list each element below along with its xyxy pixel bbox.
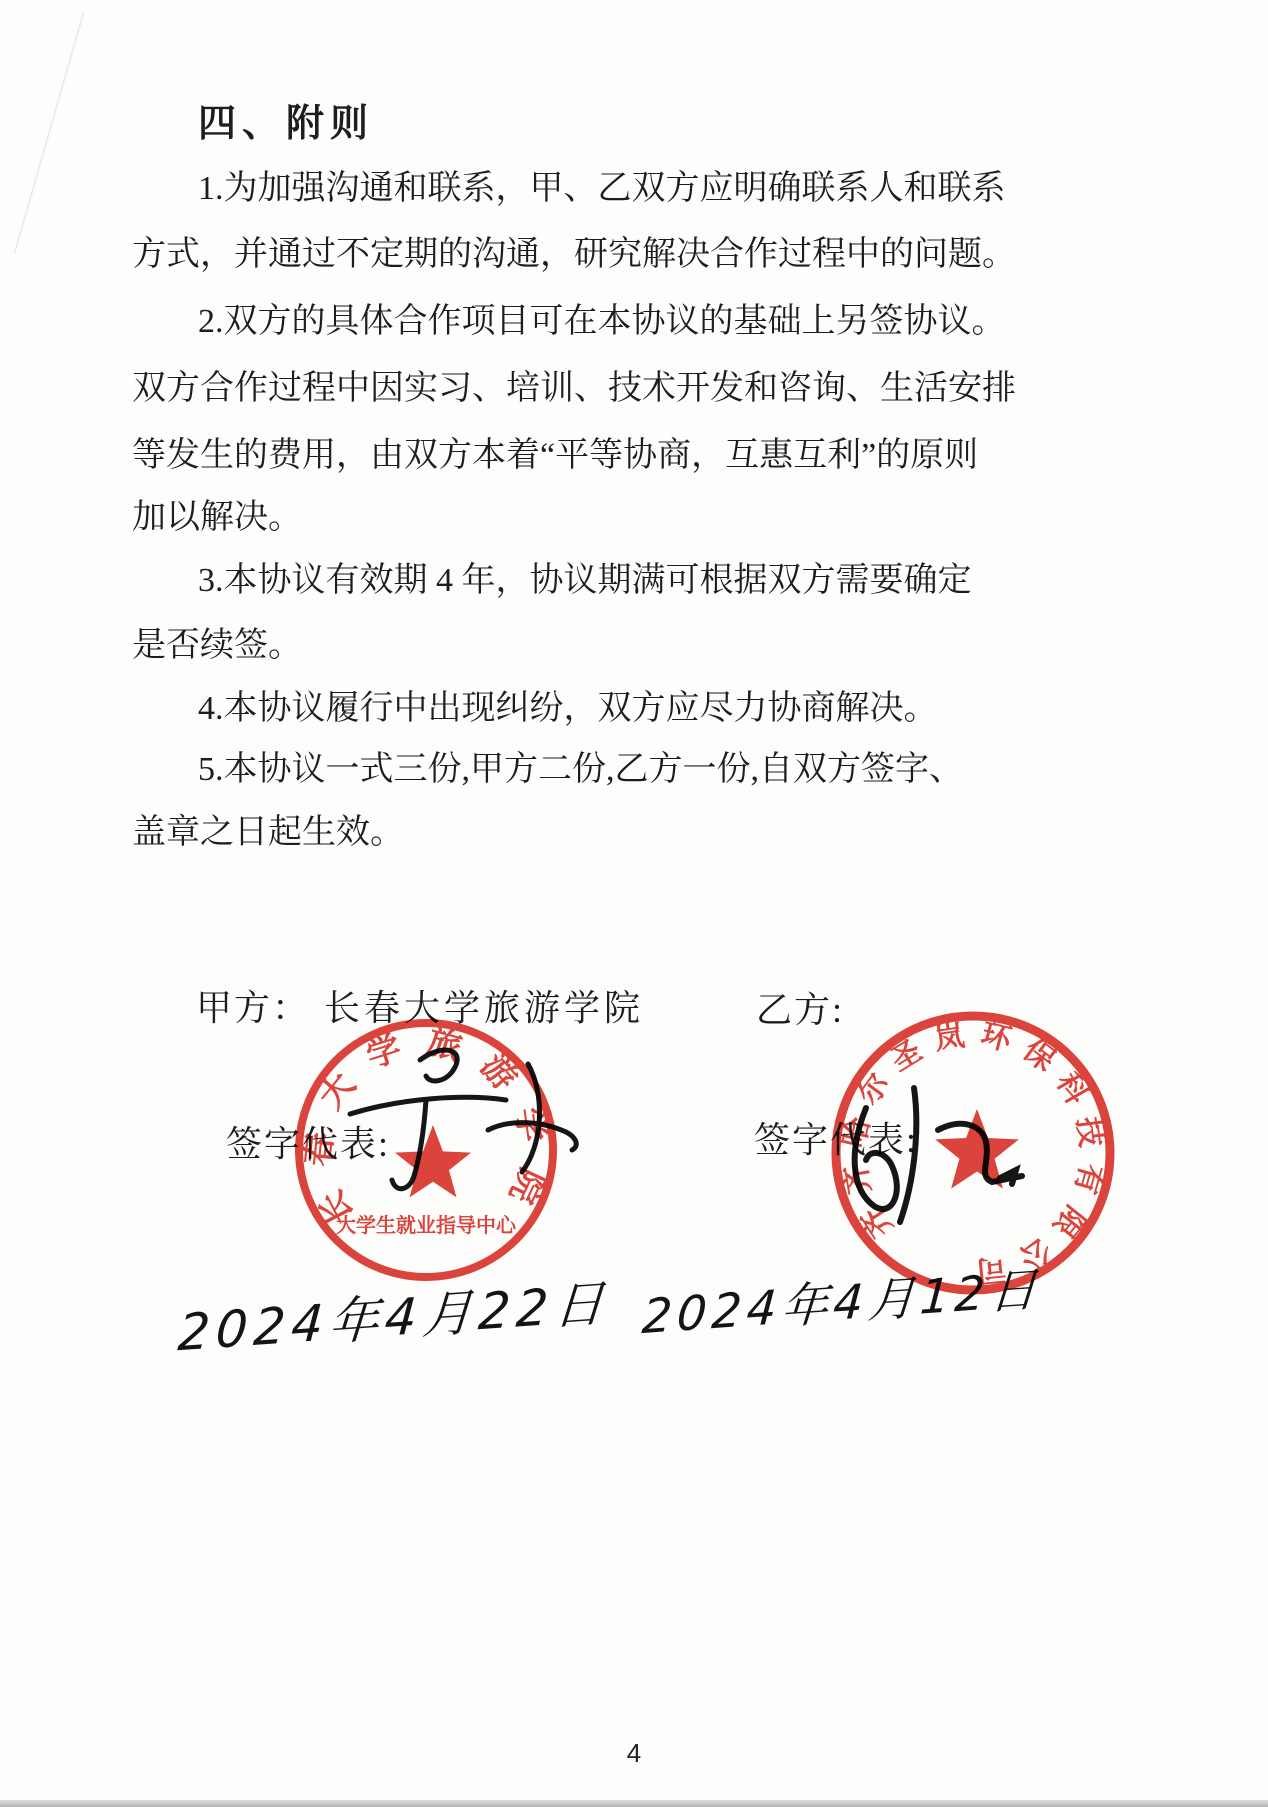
party-a-date-handwritten: 2024年4月22日 xyxy=(176,1263,613,1366)
document-page: 四、附则 1.为加强沟通和联系，甲、乙双方应明确联系人和联系 方式，并通过不定期… xyxy=(0,0,1268,1807)
party-b-signature-handwriting xyxy=(840,1072,1050,1232)
body-line: 方式，并通过不定期的沟通，研究解决合作过程中的问题。 xyxy=(132,226,1016,275)
body-line: 盖章之日起生效。 xyxy=(132,804,404,853)
party-a-signature-handwriting xyxy=(292,1038,602,1208)
body-line: 2.双方的具体合作项目可在本协议的基础上另签协议。 xyxy=(198,293,1006,342)
body-line: 等发生的费用，由双方本着“平等协商，互惠互利”的原则 xyxy=(132,427,978,476)
body-line: 加以解决。 xyxy=(132,489,302,538)
body-line: 3.本协议有效期 4 年，协议期满可根据双方需要确定 xyxy=(198,552,972,601)
scan-edge-artifact xyxy=(0,1800,1268,1807)
page-number: 4 xyxy=(0,1738,1268,1769)
body-line: 是否续签。 xyxy=(132,617,302,666)
body-line: 1.为加强沟通和联系，甲、乙双方应明确联系人和联系 xyxy=(198,160,1006,209)
section-title: 四、附则 xyxy=(198,92,374,147)
body-line: 双方合作过程中因实习、培训、技术开发和咨询、生活安排 xyxy=(132,360,1016,409)
party-b-date-handwritten: 2024年4月12日 xyxy=(640,1252,1044,1347)
scan-crease-artifact xyxy=(14,13,85,254)
stamp-bottom-text: 大学生就业指导中心 xyxy=(336,1213,517,1237)
body-line: 4.本协议履行中出现纠纷，双方应尽力协商解决。 xyxy=(198,680,938,729)
body-line: 5.本协议一式三份,甲方二份,乙方一份,自双方签字、 xyxy=(198,741,963,790)
